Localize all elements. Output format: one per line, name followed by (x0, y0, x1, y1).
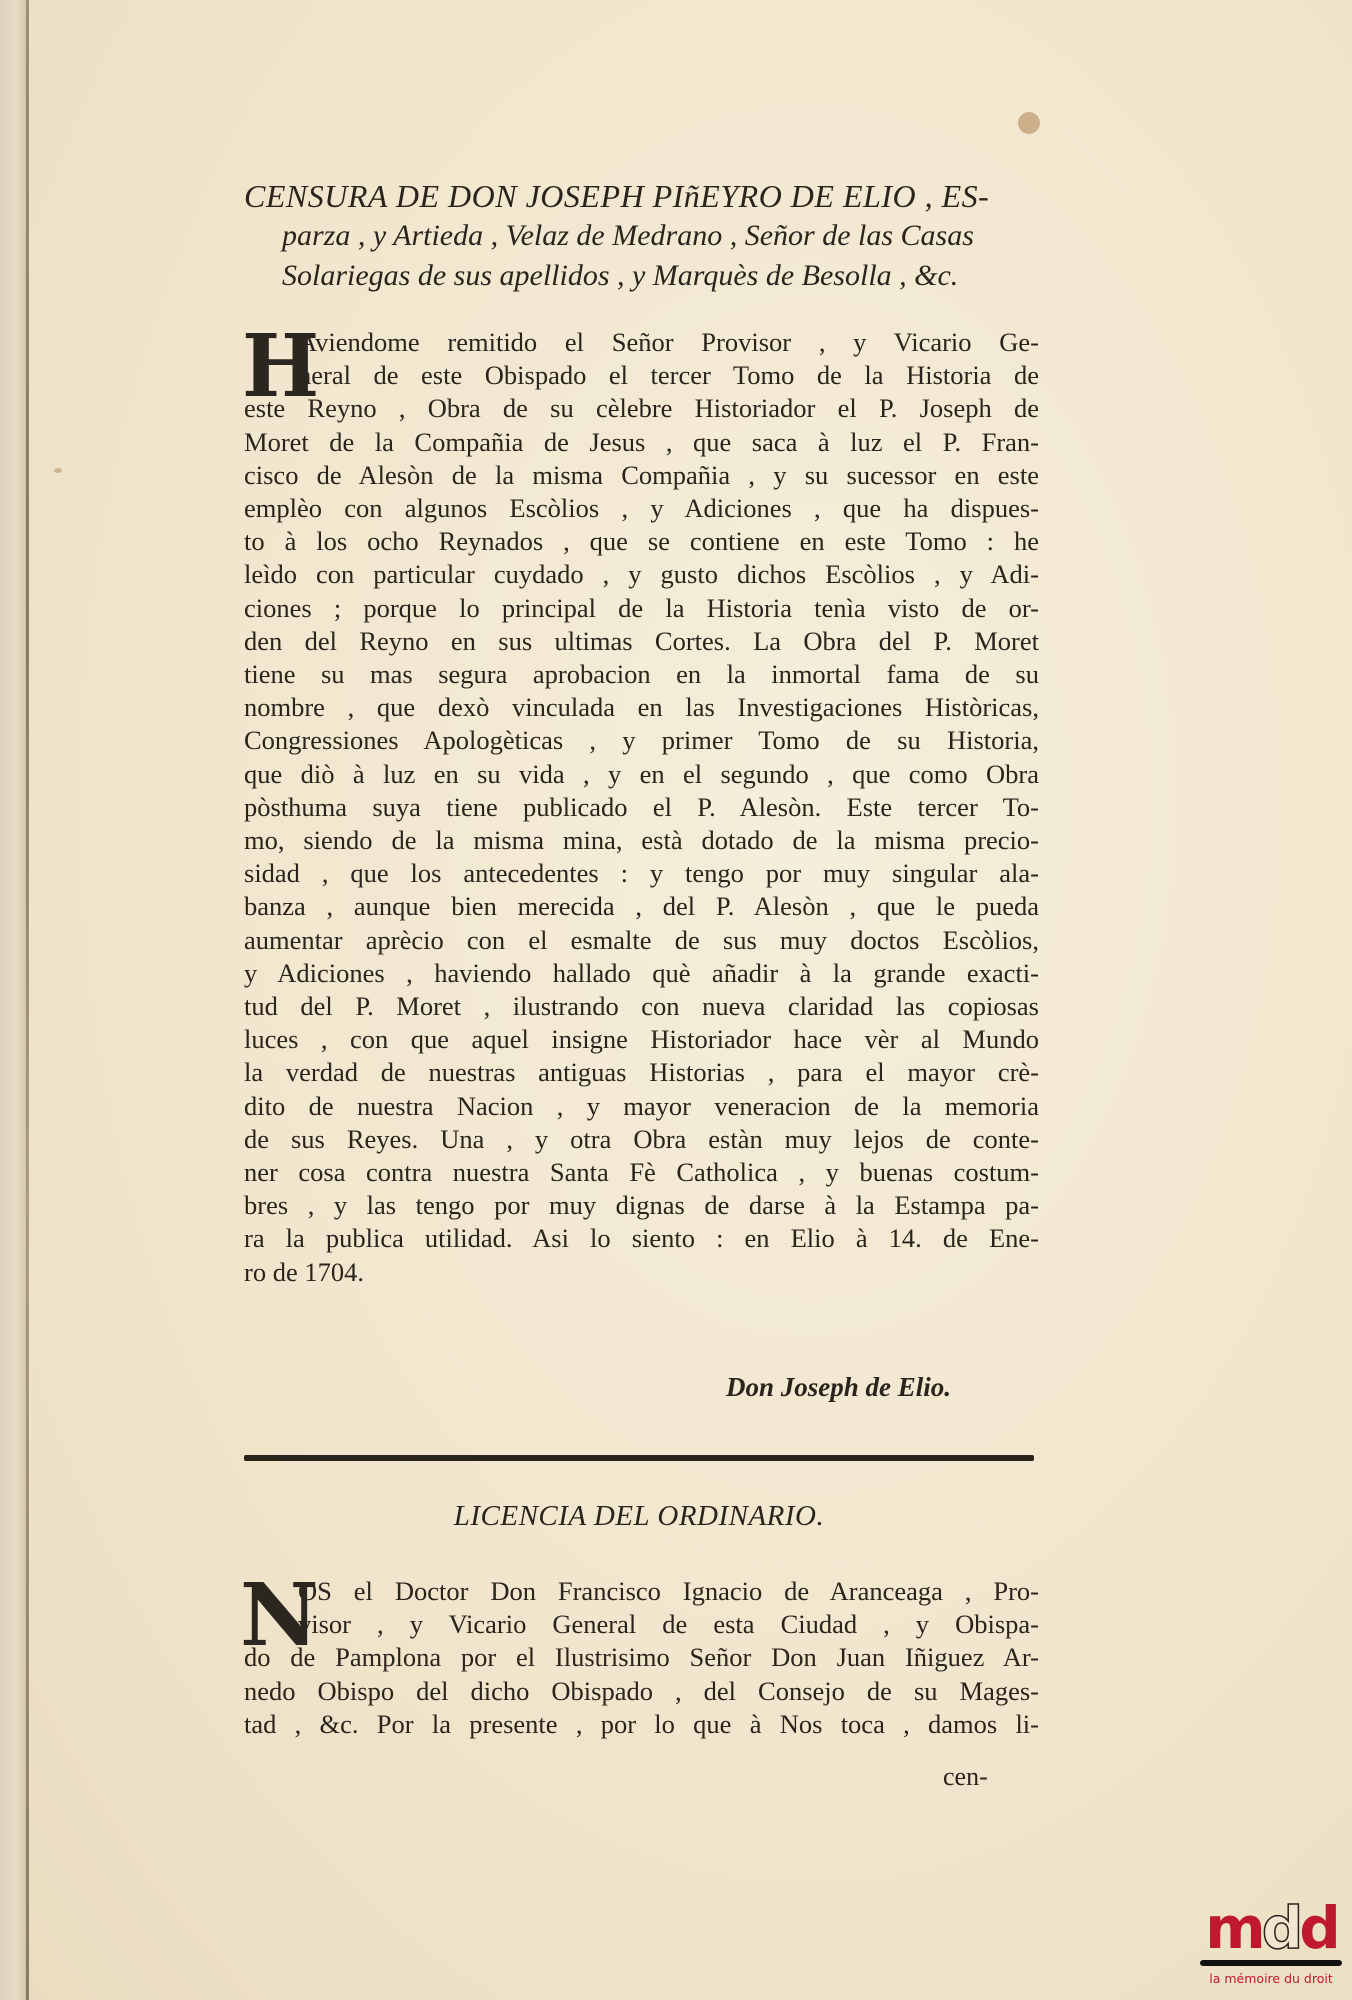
logo-letter-d-outline: d (1262, 1894, 1300, 1962)
text-line: Aviendome remitido el Señor Provisor , y… (244, 326, 1039, 359)
text-line: que diò à luz en su vida , y en el segun… (244, 758, 1039, 791)
text-line: ra la publica utilidad. Asi lo siento : … (244, 1222, 1039, 1255)
censura-heading-line: parza , y Artieda , Velaz de Medrano , S… (244, 216, 1039, 256)
scanned-page: CENSURA DE DON JOSEPH PIñEYRO DE ELIO , … (0, 0, 1352, 2000)
catchword: cen- (943, 1762, 988, 1792)
logo-letter-d: d (1299, 1894, 1337, 1962)
text-line: ner cosa contra nuestra Santa Fè Catholi… (244, 1156, 1039, 1189)
text-line: Congressiones Apologèticas , y primer To… (244, 724, 1039, 757)
foxing-spot (54, 468, 62, 473)
text-line: tud del P. Moret , ilustrando con nueva … (244, 990, 1039, 1023)
text-line: leìdo con particular cuydado , y gusto d… (244, 558, 1039, 591)
text-line: den del Reyno en sus ultimas Cortes. La … (244, 625, 1039, 658)
text-line: luces , con que aquel insigne Historiado… (244, 1023, 1039, 1056)
text-line: do de Pamplona por el Ilustrisimo Señor … (244, 1641, 1039, 1674)
censura-heading: CENSURA DE DON JOSEPH PIñEYRO DE ELIO , … (244, 176, 1039, 296)
logo-tagline: la mémoire du droit (1196, 1971, 1346, 1986)
text-line: ro de 1704. (244, 1256, 1039, 1289)
drop-cap: H (242, 324, 319, 410)
signature: Don Joseph de Elio. (726, 1372, 951, 1403)
drop-cap: N (240, 1573, 319, 1659)
licencia-heading: LICENCIA DEL ORDINARIO. (244, 1500, 1034, 1533)
text-line: bres , y las tengo por muy dignas de dar… (244, 1189, 1039, 1222)
text-line: to à los ocho Reynados , que se contiene… (244, 525, 1039, 558)
text-line: cisco de Alesòn de la misma Compañia , y… (244, 459, 1039, 492)
text-line: sidad , que los antecedentes : y tengo p… (244, 857, 1039, 890)
mdd-watermark-logo: mdd la mémoire du droit (1196, 1900, 1346, 1986)
book-gutter (0, 0, 28, 2000)
licencia-body: N OS el Doctor Don Francisco Ignacio de … (244, 1575, 1039, 1741)
text-line: banza , aunque bien merecida , del P. Al… (244, 890, 1039, 923)
text-line: nedo Obispo del dicho Obispado , del Con… (244, 1675, 1039, 1708)
text-line: aumentar aprècio con el esmalte de sus m… (244, 924, 1039, 957)
binding-edge (26, 0, 29, 2000)
text-line: OS el Doctor Don Francisco Ignacio de Ar… (244, 1575, 1039, 1608)
text-line: la verdad de nuestras antiguas Historias… (244, 1056, 1039, 1089)
text-line: y Adiciones , haviendo hallado què añadi… (244, 957, 1039, 990)
censura-heading-line: Solariegas de sus apellidos , y Marquès … (244, 256, 1039, 296)
text-line: Moret de la Compañia de Jesus , que saca… (244, 426, 1039, 459)
text-line: nombre , que dexò vinculada en las Inves… (244, 691, 1039, 724)
censura-heading-line: CENSURA DE DON JOSEPH PIñEYRO DE ELIO , … (244, 176, 1039, 216)
text-line: mo, siendo de la misma mina, està dotado… (244, 824, 1039, 857)
section-divider-rule (244, 1455, 1034, 1461)
censura-body: H Aviendome remitido el Señor Provisor ,… (244, 326, 1039, 1289)
text-line: pòsthuma suya tiene publicado el P. Ales… (244, 791, 1039, 824)
text-line: visor , y Vicario General de esta Ciudad… (244, 1608, 1039, 1641)
text-line: emplèo con algunos Escòlios , y Adicione… (244, 492, 1039, 525)
text-line: este Reyno , Obra de su cèlebre Historia… (244, 392, 1039, 425)
foxing-spot (1018, 112, 1040, 134)
text-line: dito de nuestra Nacion , y mayor venerac… (244, 1090, 1039, 1123)
mdd-logo-mark: mdd (1196, 1900, 1346, 1956)
text-line: ciones ; porque lo principal de la Histo… (244, 592, 1039, 625)
logo-letter-m: m (1205, 1894, 1261, 1962)
text-line: tiene su mas segura aprobacion en la inm… (244, 658, 1039, 691)
text-line: de sus Reyes. Una , y otra Obra estàn mu… (244, 1123, 1039, 1156)
text-line: tad , &c. Por la presente , por lo que à… (244, 1708, 1039, 1741)
text-line: neral de este Obispado el tercer Tomo de… (244, 359, 1039, 392)
